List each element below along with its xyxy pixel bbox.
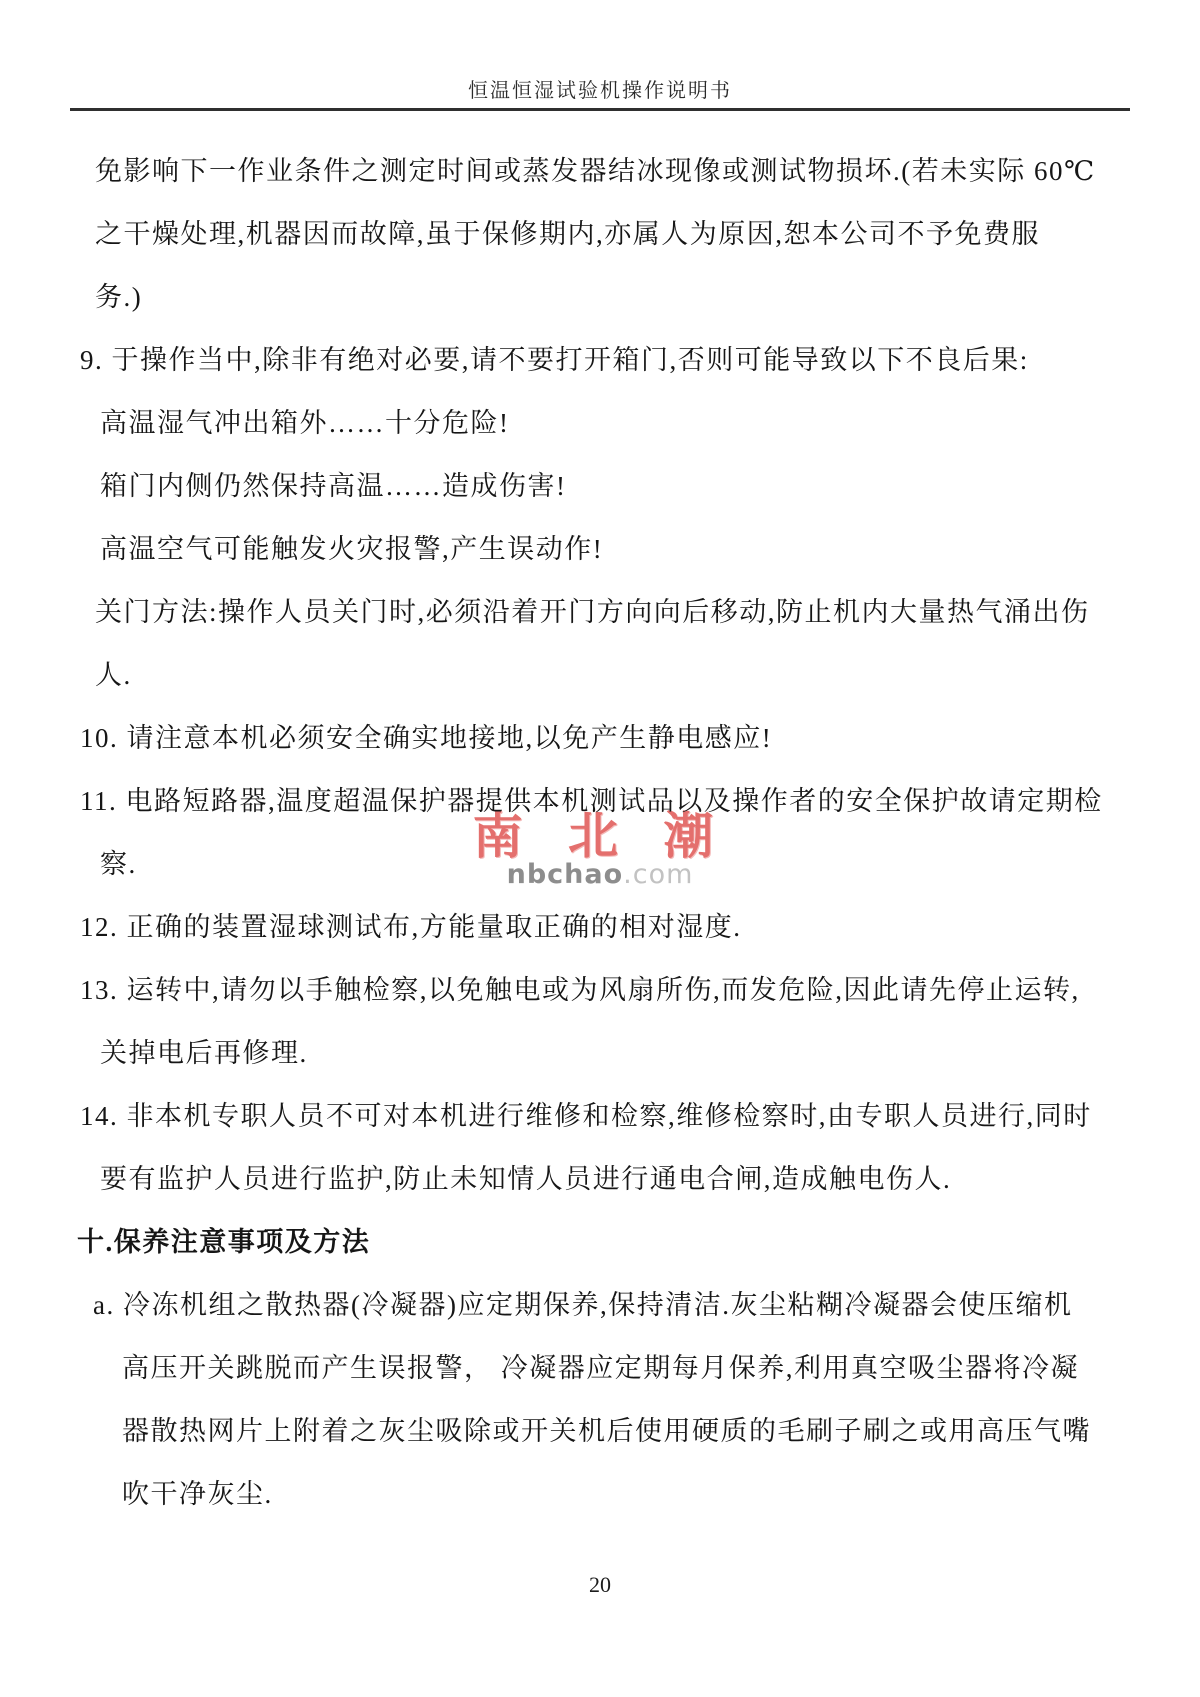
body-line: 免影响下一作业条件之测定时间或蒸发器结冰现像或测试物损坏.(若未实际 60℃ <box>0 140 1200 203</box>
body-line: 关门方法:操作人员关门时,必须沿着开门方向向后移动,防止机内大量热气涌出伤 <box>0 581 1200 644</box>
body-line: 关掉电后再修理. <box>0 1022 1200 1085</box>
body-line: 11. 电路短路器,温度超温保护器提供本机测试品以及操作者的安全保护故请定期检 <box>0 770 1200 833</box>
body-line: 9. 于操作当中,除非有绝对必要,请不要打开箱门,否则可能导致以下不良后果: <box>0 329 1200 392</box>
header-rule <box>70 108 1130 111</box>
page-number: 20 <box>0 1572 1200 1598</box>
body-line: 10. 请注意本机必须安全确实地接地,以免产生静电感应! <box>0 707 1200 770</box>
body-line: 人. <box>0 644 1200 707</box>
body-line: 13. 运转中,请勿以手触检察,以免触电或为风扇所伤,而发危险,因此请先停止运转… <box>0 959 1200 1022</box>
body-line: 高温空气可能触发火灾报警,产生误动作! <box>0 518 1200 581</box>
document-page: 恒温恒湿试验机操作说明书 南 北 潮 nbchao.com 免影响下一作业条件之… <box>0 0 1200 1697</box>
header-title: 恒温恒湿试验机操作说明书 <box>0 74 1200 103</box>
body-line: 器散热网片上附着之灰尘吸除或开关机后使用硬质的毛刷子刷之或用高压气嘴 <box>0 1400 1200 1463</box>
document-body: 免影响下一作业条件之测定时间或蒸发器结冰现像或测试物损坏.(若未实际 60℃ 之… <box>0 140 1200 1526</box>
body-line: 吹干净灰尘. <box>0 1463 1200 1526</box>
body-line: 14. 非本机专职人员不可对本机进行维修和检察,维修检察时,由专职人员进行,同时 <box>0 1085 1200 1148</box>
section-heading: 十.保养注意事项及方法 <box>0 1211 1200 1274</box>
body-line: 箱门内侧仍然保持高温……造成伤害! <box>0 455 1200 518</box>
body-line: 要有监护人员进行监护,防止未知情人员进行通电合闸,造成触电伤人. <box>0 1148 1200 1211</box>
body-line: 察. <box>0 833 1200 896</box>
body-line: 12. 正确的装置湿球测试布,方能量取正确的相对湿度. <box>0 896 1200 959</box>
body-line: 高温湿气冲出箱外……十分危险! <box>0 392 1200 455</box>
body-line: 务.) <box>0 266 1200 329</box>
body-line: 之干燥处理,机器因而故障,虽于保修期内,亦属人为原因,恕本公司不予免费服 <box>0 203 1200 266</box>
body-line: 高压开关跳脱而产生误报警， 冷凝器应定期每月保养,利用真空吸尘器将冷凝 <box>0 1337 1200 1400</box>
body-line: a. 冷冻机组之散热器(冷凝器)应定期保养,保持清洁.灰尘粘糊冷凝器会使压缩机 <box>0 1274 1200 1337</box>
